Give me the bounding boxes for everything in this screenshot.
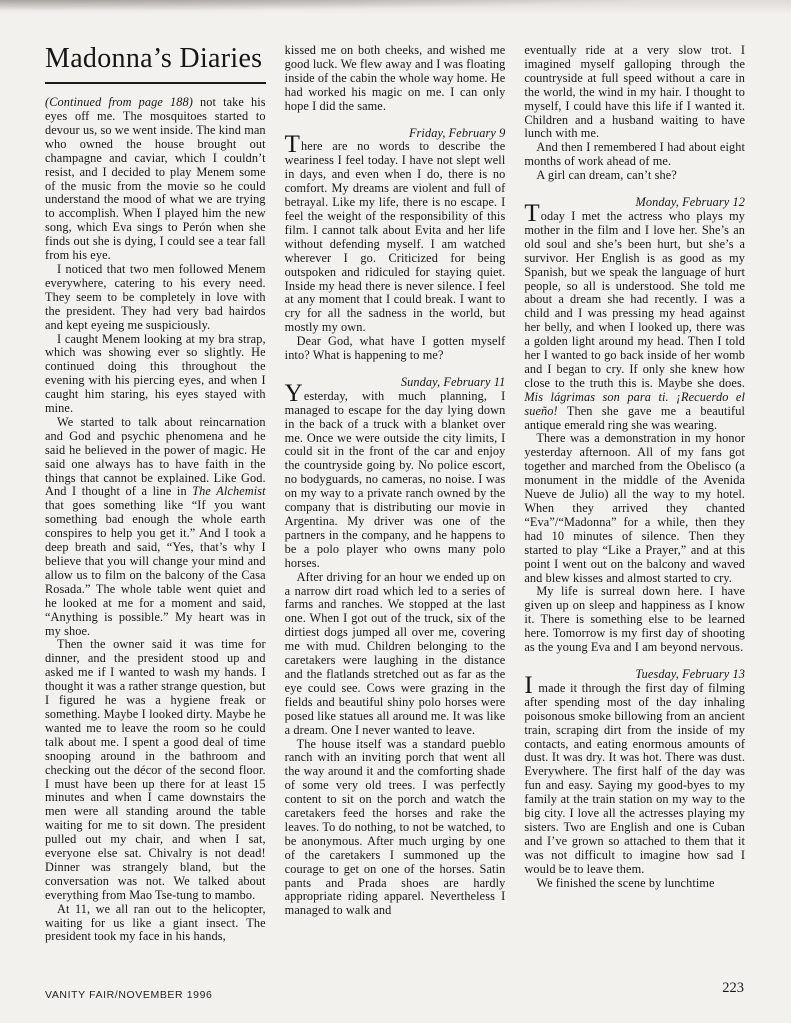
paragraph: (Continued from page 188) not take his e… (45, 96, 266, 263)
body-text: After driving for an hour we ended up on… (285, 570, 506, 737)
raised-cap: I (524, 672, 533, 699)
columns: Madonna’s Diaries (Continued from page 1… (45, 0, 745, 1023)
body-text: kissed me on both cheeks, and wished me … (285, 43, 506, 113)
italic-text: The Alchemist (192, 484, 265, 498)
column-3-body: eventually ride at a very slow trot. I i… (524, 44, 745, 890)
body-text: We finished the scene by lunchtime (536, 876, 714, 890)
paragraph: Then the owner said it was time for dinn… (45, 638, 266, 902)
paragraph: Yesterday, with much planning, I managed… (285, 390, 506, 571)
date-heading: Monday, February 12 (524, 196, 745, 210)
body-text: My life is surreal down here. I have giv… (524, 584, 745, 654)
paragraph: And then I remembered I had about eight … (524, 141, 745, 169)
page-number: 223 (722, 980, 744, 997)
paragraph: We finished the scene by lunchtime (524, 877, 745, 891)
paragraph: We started to talk about reincarnation a… (45, 416, 266, 639)
body-text: Dear God, what have I gotten myself into… (285, 334, 506, 362)
paragraph: I made it through the first day of filmi… (524, 682, 745, 877)
paragraph: eventually ride at a very slow trot. I i… (524, 44, 745, 141)
paragraph: A girl can dream, can’t she? (524, 169, 745, 183)
magazine-footer: VANITY FAIR/NOVEMBER 1996 (45, 989, 213, 1001)
raised-cap: T (524, 200, 540, 227)
title-rule (45, 82, 266, 84)
body-text: eventually ride at a very slow trot. I i… (524, 43, 745, 140)
date-heading: Sunday, February 11 (285, 376, 506, 390)
body-text: not take his eyes off me. The mosquitoes… (45, 95, 266, 262)
body-text: A girl can dream, can’t she? (536, 168, 677, 182)
body-text: here are no words to describe the wearin… (285, 139, 506, 334)
paragraph: The house itself was a standard pueblo r… (285, 738, 506, 919)
paragraph: Today I met the actress who plays my mot… (524, 210, 745, 433)
column-1-body: (Continued from page 188) not take his e… (45, 96, 266, 944)
raised-cap: T (285, 131, 301, 158)
body-text: At 11, we all ran out to the helicopter,… (45, 902, 266, 944)
body-text: The house itself was a standard pueblo r… (285, 737, 506, 918)
date-heading: Friday, February 9 (285, 127, 506, 141)
paragraph: My life is surreal down here. I have giv… (524, 585, 745, 655)
column-2: kissed me on both cheeks, and wished me … (285, 44, 506, 1023)
paragraph: There are no words to describe the weari… (285, 140, 506, 335)
paragraph: There was a demonstration in my honor ye… (524, 432, 745, 585)
paragraph: At 11, we all ran out to the helicopter,… (45, 903, 266, 945)
body-text: oday I met the actress who plays my moth… (524, 209, 745, 390)
body-text: Then the owner said it was time for dinn… (45, 637, 266, 901)
italic-text: (Continued from page 188) (45, 95, 200, 109)
body-text: I caught Menem looking at my bra strap, … (45, 332, 266, 416)
paragraph: After driving for an hour we ended up on… (285, 571, 506, 738)
body-text: esterday, with much planning, I managed … (285, 389, 506, 570)
body-text: that goes something like “If you want so… (45, 498, 266, 637)
body-text: made it through the first day of filming… (524, 681, 745, 876)
magazine-page: Madonna’s Diaries (Continued from page 1… (0, 0, 791, 1023)
date-heading: Tuesday, February 13 (524, 668, 745, 682)
raised-cap: Y (285, 380, 304, 407)
page-title: Madonna’s Diaries (45, 44, 266, 73)
column-1: Madonna’s Diaries (Continued from page 1… (45, 44, 266, 1023)
column-2-body: kissed me on both cheeks, and wished me … (285, 44, 506, 918)
body-text: Then she gave me a beautiful antique eme… (524, 404, 745, 432)
column-3: eventually ride at a very slow trot. I i… (524, 44, 745, 1023)
paragraph: I noticed that two men followed Menem ev… (45, 263, 266, 333)
body-text: There was a demonstration in my honor ye… (524, 431, 745, 584)
paragraph: Dear God, what have I gotten myself into… (285, 335, 506, 363)
paragraph: I caught Menem looking at my bra strap, … (45, 333, 266, 416)
paragraph: kissed me on both cheeks, and wished me … (285, 44, 506, 114)
body-text: I noticed that two men followed Menem ev… (45, 262, 266, 332)
body-text: And then I remembered I had about eight … (524, 140, 745, 168)
